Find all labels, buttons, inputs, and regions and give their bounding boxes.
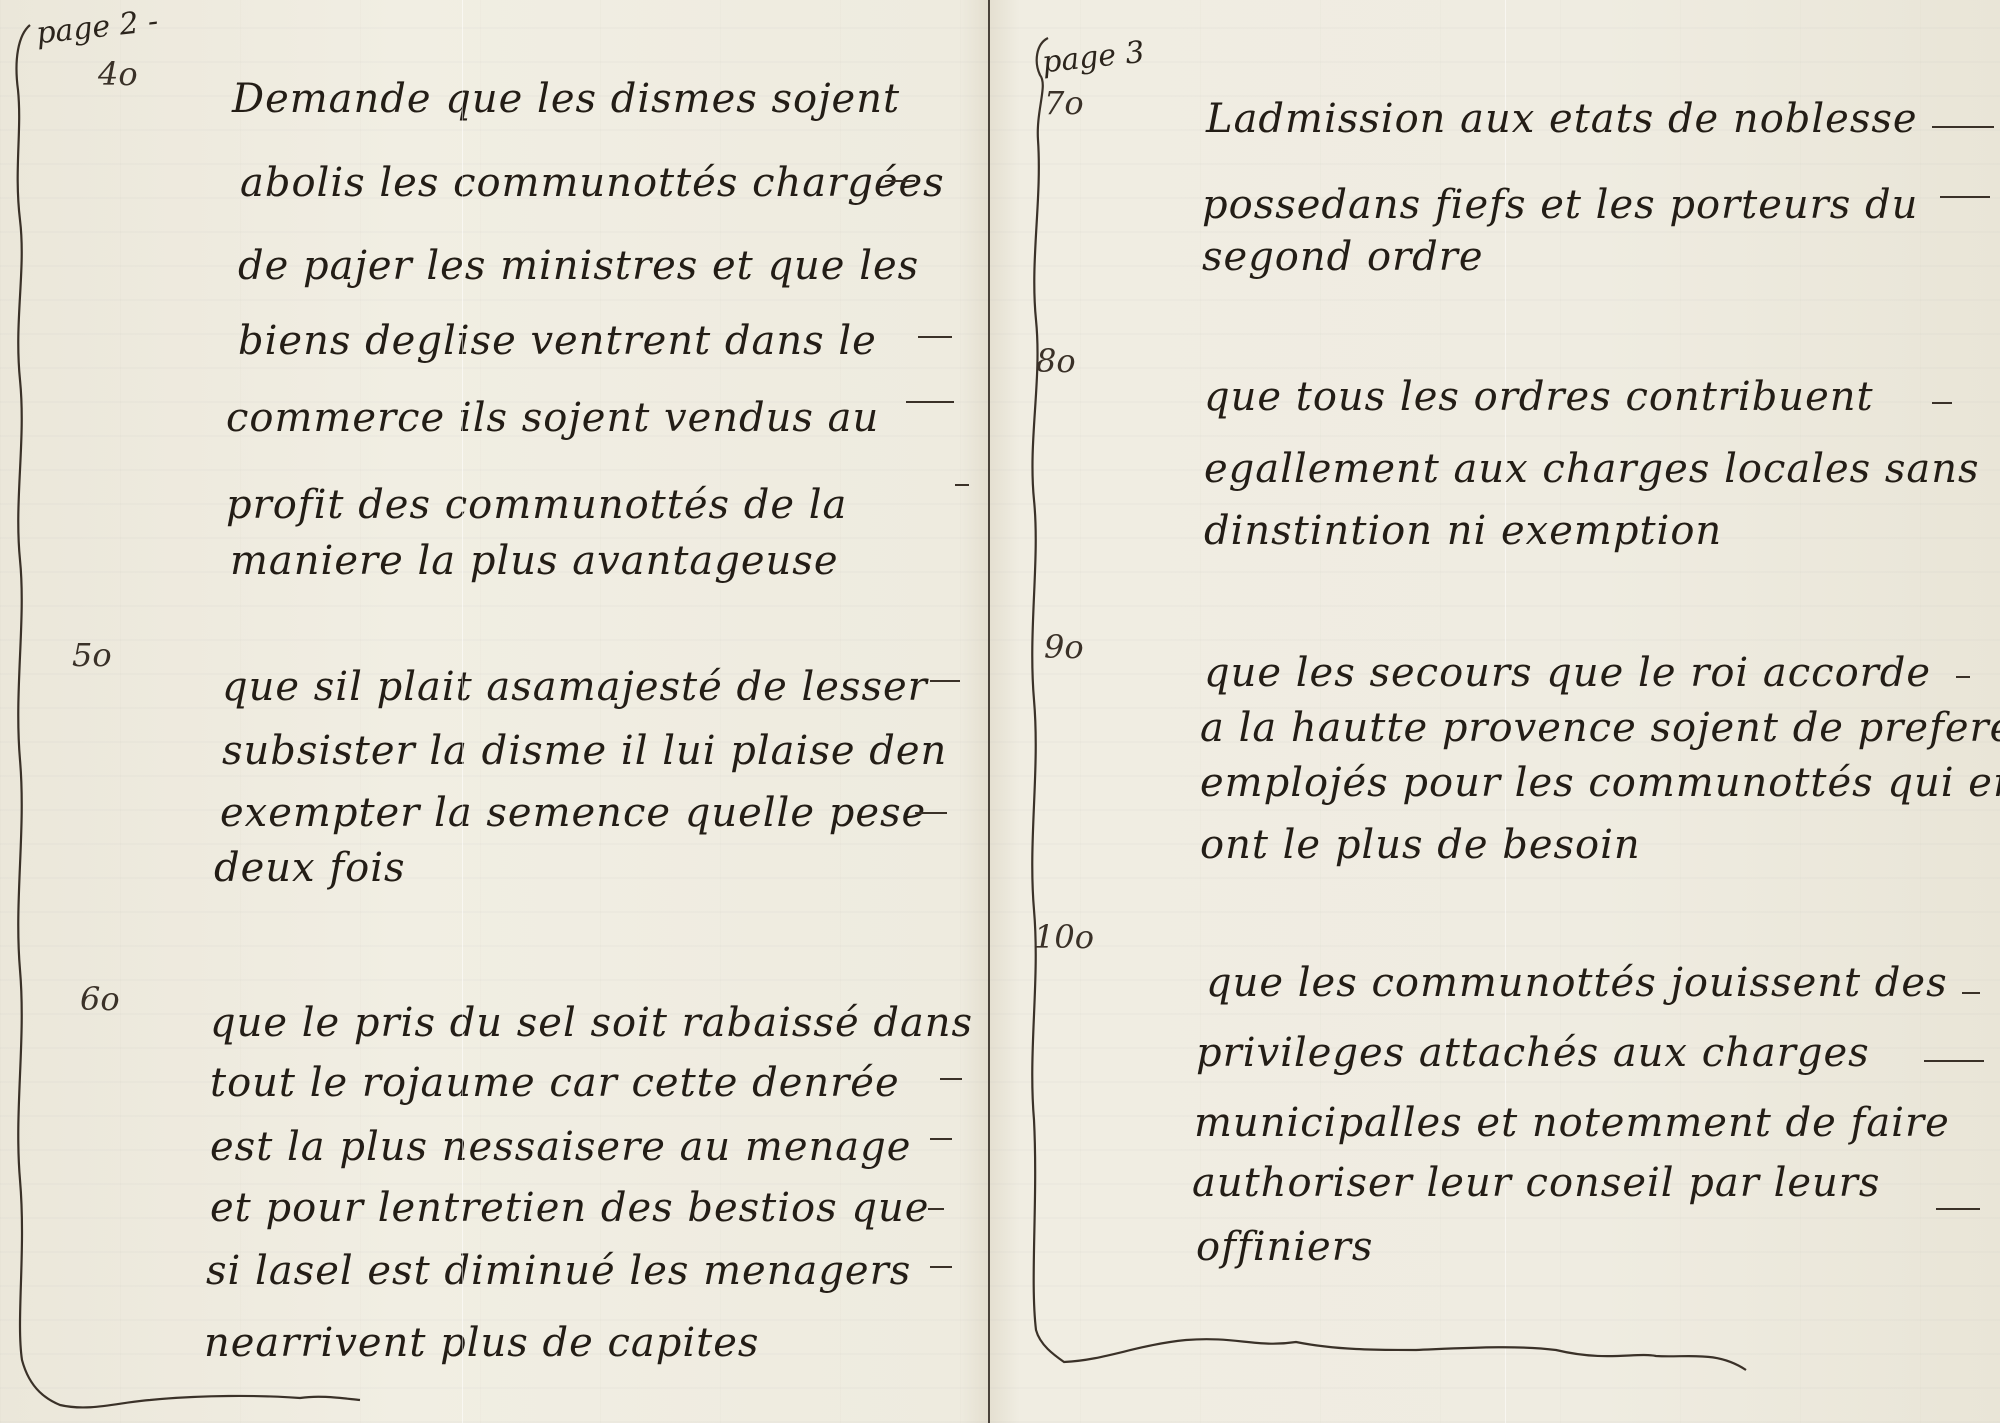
text-line: egallement aux charges locales sans: [1204, 446, 1980, 492]
text-line: que le pris du sel soit rabaissé dans: [210, 1000, 973, 1046]
line-filler-dash: [1940, 196, 1990, 198]
text-line: authoriser leur conseil par leurs: [1192, 1160, 1880, 1206]
text-line: abolis les communottés chargées: [240, 160, 945, 206]
item-number: 10o: [1034, 918, 1094, 956]
line-filler-dash: [1956, 676, 1970, 678]
text-line: est la plus nessaisere au menage: [210, 1124, 911, 1170]
text-line: que sil plait asamajesté de lesser: [222, 664, 928, 710]
line-filler-dash: [885, 180, 915, 182]
text-line: Demande que les dismes sojent: [232, 76, 900, 122]
text-line: maniere la plus avantageuse: [230, 538, 838, 584]
line-filler-dash: [1924, 1060, 1984, 1062]
line-filler-dash: [930, 680, 960, 682]
line-filler-dash: [1932, 402, 1952, 404]
manuscript-spread: page 2 - 4o Demande que les dismes sojen…: [0, 0, 2000, 1423]
line-filler-dash: [1962, 992, 1980, 994]
text-line: ont le plus de besoin: [1200, 822, 1641, 868]
text-line: si lasel est diminué les menagers: [206, 1248, 911, 1294]
line-filler-dash: [1936, 1208, 1980, 1210]
page-reference: page 3: [1040, 35, 1146, 81]
text-line: tout le rojaume car cette denrée: [210, 1060, 900, 1106]
line-filler-dash: [906, 401, 954, 403]
text-line: commerce ils sojent vendus au: [226, 395, 879, 441]
item-number: 8o: [1036, 342, 1076, 380]
line-filler-dash: [1932, 126, 1994, 128]
item-number: 9o: [1044, 628, 1084, 666]
text-line: que les communottés jouissent des: [1206, 960, 1948, 1006]
line-filler-dash: [930, 1266, 952, 1268]
line-filler-dash: [930, 1138, 952, 1140]
text-line: que tous les ordres contribuent: [1204, 374, 1874, 420]
text-line: biens deglise ventrent dans le: [238, 318, 877, 364]
item-number: 6o: [80, 980, 120, 1018]
text-line: privileges attachés aux charges: [1196, 1030, 1870, 1076]
text-line: exempter la semence quelle pese: [220, 790, 926, 836]
line-filler-dash: [928, 1208, 944, 1210]
text-line: que les secours que le roi accorde: [1204, 650, 1931, 696]
text-line: de pajer les ministres et que les: [238, 243, 919, 289]
line-filler-dash: [955, 484, 969, 486]
text-line: nearrivent plus de capites: [204, 1320, 759, 1366]
right-page: page 3 7o Ladmission aux etats de nobles…: [996, 0, 2000, 1423]
item-number: 7o: [1044, 84, 1084, 122]
text-line: profit des communottés de la: [226, 482, 847, 528]
paper-crease: [462, 0, 463, 1423]
line-filler-dash: [915, 812, 947, 814]
page-reference: page 2 -: [35, 4, 160, 52]
gutter-fold-line: [988, 0, 990, 1423]
text-line: offiniers: [1196, 1224, 1373, 1270]
item-number: 4o: [98, 55, 138, 93]
line-filler-dash: [918, 336, 952, 338]
text-line: Ladmission aux etats de noblesse: [1206, 96, 1918, 142]
line-filler-dash: [940, 1078, 962, 1080]
text-line: emplojés pour les communottés qui en: [1200, 760, 2000, 806]
text-line: subsister la disme il lui plaise den: [222, 728, 947, 774]
text-line: municipalles et notemment de faire: [1194, 1100, 1950, 1146]
text-line: a la hautte provence sojent de preferenc…: [1200, 705, 2000, 751]
text-line: segond ordre: [1202, 234, 1484, 280]
text-line: et pour lentretien des bestios que: [210, 1185, 929, 1231]
item-number: 5o: [72, 636, 112, 674]
text-line: deux fois: [214, 845, 406, 891]
text-line: dinstintion ni exemption: [1204, 508, 1722, 554]
text-line: possedans fiefs et les porteurs du: [1202, 182, 1918, 228]
left-page: page 2 - 4o Demande que les dismes sojen…: [0, 0, 988, 1423]
